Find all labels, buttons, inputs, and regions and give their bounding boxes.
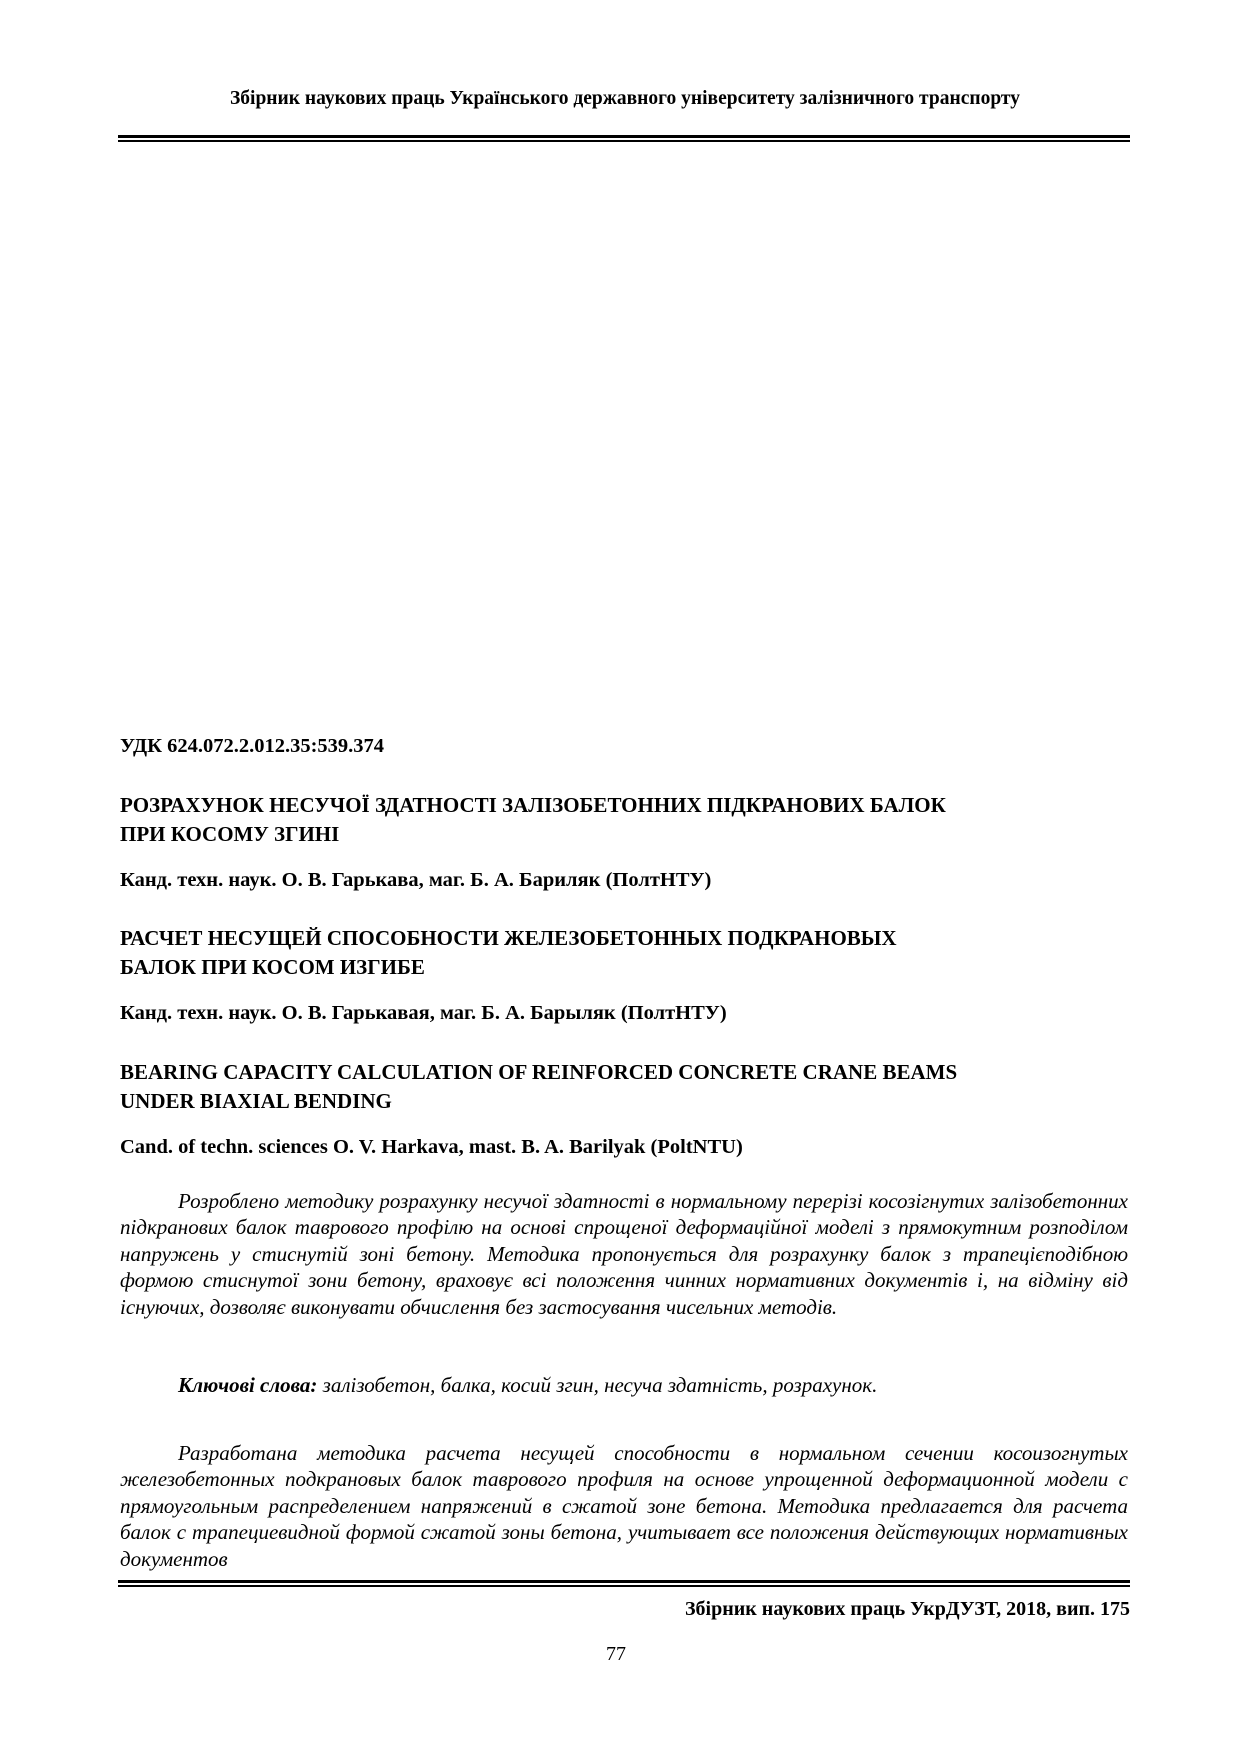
title-russian-line1: РАСЧЕТ НЕСУЩЕЙ СПОСОБНОСТИ ЖЕЛЕЗОБЕТОННЫ… [120, 924, 1128, 953]
abstract-ukrainian: Розроблено методику розрахунку несучої з… [120, 1188, 1128, 1320]
keywords-list: залізобетон, балка, косий згин, несуча з… [317, 1373, 877, 1397]
keywords-label: Ключові слова: [178, 1373, 317, 1397]
abstract-russian: Разработана методика расчета несущей спо… [120, 1440, 1128, 1572]
title-ukrainian: РОЗРАХУНОК НЕСУЧОЇ ЗДАТНОСТІ ЗАЛІЗОБЕТОН… [120, 791, 1128, 849]
footer-journal-issue: Збірник наукових праць УкрДУЗТ, 2018, ви… [685, 1598, 1130, 1621]
header-rule-thick [118, 135, 1130, 138]
running-header: Збірник наукових праць Українського держ… [120, 88, 1130, 110]
header-rule-thin [118, 140, 1130, 142]
title-english: BEARING CAPACITY CALCULATION OF REINFORC… [120, 1058, 1128, 1116]
title-russian: РАСЧЕТ НЕСУЩЕЙ СПОСОБНОСТИ ЖЕЛЕЗОБЕТОННЫ… [120, 924, 1128, 982]
page-number: 77 [606, 1643, 626, 1666]
footer-rule-thin [118, 1585, 1130, 1587]
title-english-line1: BEARING CAPACITY CALCULATION OF REINFORC… [120, 1058, 1128, 1087]
footer-rule [118, 1580, 1130, 1587]
title-russian-line2: БАЛОК ПРИ КОСОМ ИЗГИБЕ [120, 953, 1128, 982]
footer-rule-thick [118, 1580, 1130, 1583]
title-english-line2: UNDER BIAXIAL BENDING [120, 1087, 1128, 1116]
udk-code: УДК 624.072.2.012.35:539.374 [120, 735, 1128, 758]
header-rule [118, 135, 1130, 142]
authors-ukrainian: Канд. техн. наук. О. В. Гарькава, маг. Б… [120, 869, 1128, 892]
abstract-ukrainian-text: Розроблено методику розрахунку несучої з… [120, 1188, 1128, 1320]
abstract-russian-text: Разработана методика расчета несущей спо… [120, 1440, 1128, 1572]
keywords: Ключові слова: залізобетон, балка, косий… [120, 1372, 1128, 1398]
title-ukrainian-line1: РОЗРАХУНОК НЕСУЧОЇ ЗДАТНОСТІ ЗАЛІЗОБЕТОН… [120, 791, 1128, 820]
keywords-paragraph: Ключові слова: залізобетон, балка, косий… [120, 1372, 1128, 1398]
authors-english: Cand. of techn. sciences O. V. Harkava, … [120, 1136, 1128, 1159]
authors-russian: Канд. техн. наук. О. В. Гарькавая, маг. … [120, 1002, 1128, 1025]
title-ukrainian-line2: ПРИ КОСОМУ ЗГИНІ [120, 820, 1128, 849]
